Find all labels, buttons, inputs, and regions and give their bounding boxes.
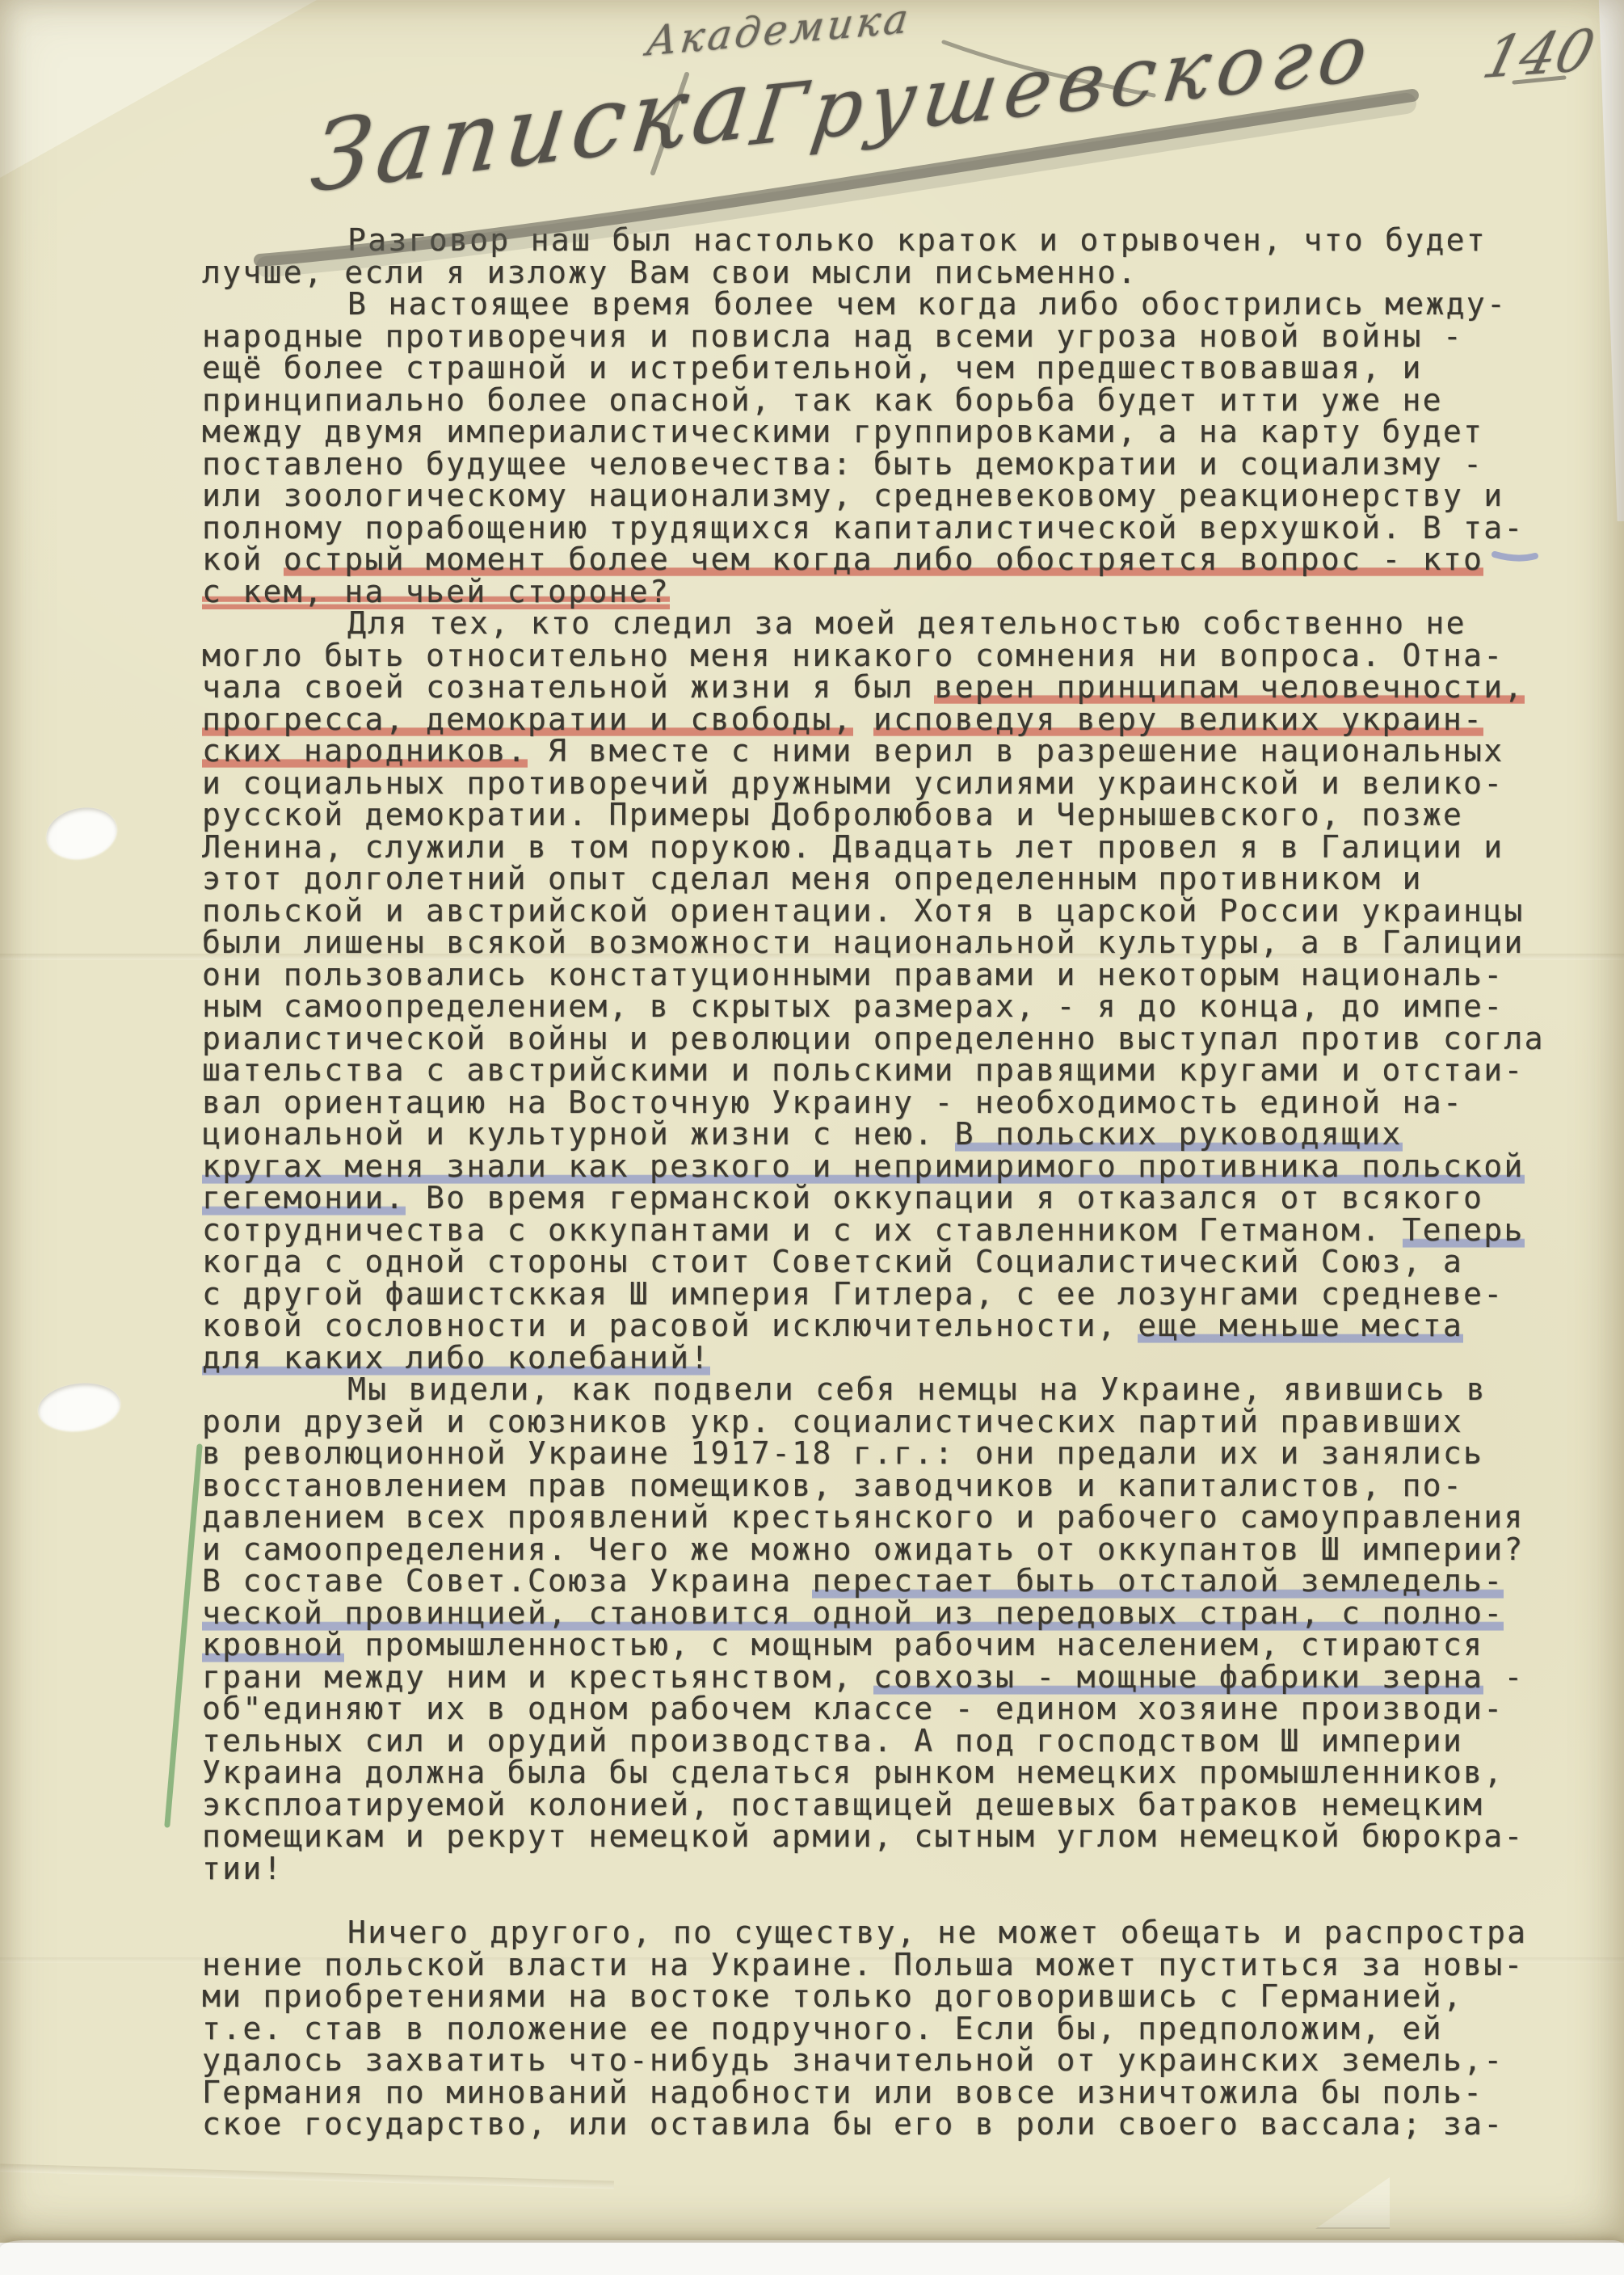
document-line: об"единяют их в одном рабочем классе - е… <box>202 1693 1624 1725</box>
text-segment: между двумя империалистическими группиро… <box>202 414 1483 449</box>
text-segment: Я вместе с ними верил в разрешение нацио… <box>528 733 1504 769</box>
document-line: или зоологическому национализму, среднев… <box>202 480 1624 512</box>
text-segment: тии! <box>202 1851 284 1886</box>
text-segment <box>853 701 873 737</box>
document-line: Для тех, кто следил за моей деятельность… <box>202 608 1624 640</box>
text-segment: или зоологическому национализму, среднев… <box>202 478 1504 513</box>
text-segment: роли друзей и союзников укр. социалистич… <box>202 1404 1463 1439</box>
text-segment: давлением всех проявлений крестьянского … <box>202 1499 1525 1535</box>
document-line: были лишены всякой возможности националь… <box>202 927 1624 959</box>
underlined-phrase-red: прогресса, демократии и свободы, <box>202 701 853 737</box>
text-segment: сотрудничества с оккупантами и с их став… <box>202 1212 1403 1248</box>
document-line: польской и австрийской ориентации. Хотя … <box>202 895 1624 928</box>
document-line: вал ориентацию на Восточную Украину - не… <box>202 1087 1624 1119</box>
underlined-phrase-blue: ческой провинцией, становится одной из п… <box>202 1595 1504 1631</box>
text-segment: были лишены всякой возможности националь… <box>202 925 1525 960</box>
text-segment: - <box>1483 1659 1524 1695</box>
underlined-phrase-blue: совхозы - мощные фабрики зерна <box>873 1659 1483 1695</box>
text-segment: об"единяют их в одном рабочем классе - е… <box>202 1691 1504 1726</box>
text-segment: и социальных противоречий дружными усили… <box>202 765 1504 801</box>
text-segment: восстановлением прав помещиков, заводчик… <box>202 1468 1463 1503</box>
document-line: сотрудничества с оккупантами и с их став… <box>202 1215 1624 1247</box>
document-line: этот долголетний опыт сделал меня опреде… <box>202 863 1624 895</box>
underlined-phrase-blue: для каких либо колебаний! <box>202 1340 710 1376</box>
text-segment: Ничего другого, по существу, не может об… <box>347 1915 1527 1950</box>
underlined-phrase-red: ских народников. <box>202 733 528 769</box>
document-page: Записка Академика Грушевского 140 Разгов… <box>0 0 1624 2243</box>
document-line: Германия по минований надобности или вов… <box>202 2077 1624 2109</box>
document-line: В настоящее время более чем когда либо о… <box>202 289 1624 321</box>
underlined-phrase-blue: кругах меня знали как резкого и непримир… <box>202 1148 1525 1184</box>
text-segment: народные противоречия и повисла над всем… <box>202 318 1463 354</box>
document-line: ское государство, или оставила бы его в … <box>202 2109 1624 2141</box>
underlined-phrase-blue: кровной <box>202 1627 344 1662</box>
document-line: они пользовались констатуционными правам… <box>202 959 1624 992</box>
underlined-phrase-red: верен принципам человечности, <box>934 669 1524 705</box>
underlined-phrase-blue: Теперь <box>1403 1212 1525 1248</box>
document-line: В составе Совет.Союза Украина перестает … <box>202 1565 1624 1598</box>
document-line: Ничего другого, по существу, не может об… <box>202 1917 1624 1949</box>
document-line: ным самоопределением, в скрытых размерах… <box>202 991 1624 1023</box>
text-segment: т.е. став в положение ее подручного. Есл… <box>202 2011 1443 2046</box>
document-line: ми приобретениями на востоке только дого… <box>202 1981 1624 2013</box>
document-line: для каких либо колебаний! <box>202 1342 1624 1375</box>
text-segment: В настоящее время более чем когда либо о… <box>347 286 1507 322</box>
text-segment: принципиально более опасной, так как бор… <box>202 382 1443 418</box>
text-segment: польской и австрийской ориентации. Хотя … <box>202 893 1525 929</box>
document-line: ских народников. Я вместе с ними верил в… <box>202 735 1624 768</box>
text-segment: с другой фашистсккая Ш империя Гитлера, … <box>202 1276 1504 1312</box>
text-segment: этот долголетний опыт сделал меня опреде… <box>202 861 1423 896</box>
text-segment: Разговор наш был настолько краток и отры… <box>347 222 1487 258</box>
handwritten-title-word1: Записка <box>305 46 762 214</box>
text-segment: тельных сил и орудий производства. А под… <box>202 1723 1463 1759</box>
text-segment: ещё более страшной и истребительной, чем… <box>202 350 1423 385</box>
document-line: поставлено будущее человечества: быть де… <box>202 449 1624 481</box>
document-line: в революционной Украине 1917-18 г.г.: он… <box>202 1438 1624 1470</box>
document-line: кой острый момент более чем когда либо о… <box>202 544 1624 576</box>
typewritten-text: Разговор наш был настолько краток и отры… <box>0 225 1624 2141</box>
underlined-phrase-red: исповедуя веру великих украин- <box>873 701 1483 737</box>
document-line: принципиально более опасной, так как бор… <box>202 385 1624 417</box>
document-line: кровной промышленностью, с мощным рабочи… <box>202 1629 1624 1662</box>
document-line: Ленина, служили в том порукою. Двадцать … <box>202 832 1624 864</box>
text-segment: Мы видели, как подвели себя немцы на Укр… <box>347 1371 1487 1407</box>
document-line: помещикам и рекрут немецкой армии, сытны… <box>202 1821 1624 1853</box>
document-line: удалось захватить что-нибудь значительно… <box>202 2045 1624 2077</box>
text-segment: поставлено будущее человечества: быть де… <box>202 446 1483 482</box>
text-segment: удалось захватить что-нибудь значительно… <box>202 2042 1504 2078</box>
document-line: ковой сословности и расовой исключительн… <box>202 1310 1624 1342</box>
document-line: прогресса, демократии и свободы, исповед… <box>202 704 1624 736</box>
text-segment: они пользовались констатуционными правам… <box>202 957 1504 992</box>
paper-crease <box>0 2163 614 2189</box>
page-number: 140 <box>1477 17 1601 92</box>
text-segment: Украина должна была бы сделаться рынком … <box>202 1755 1504 1790</box>
document-line: риалистической войны и революции определ… <box>202 1023 1624 1055</box>
text-segment: когда с одной стороны стоит Советский Со… <box>202 1244 1463 1279</box>
text-segment: вал ориентацию на Восточную Украину - не… <box>202 1085 1463 1120</box>
text-segment: ковой сословности и расовой исключительн… <box>202 1308 1138 1343</box>
underlined-phrase-red: острый момент более чем когда либо обост… <box>284 541 1484 577</box>
document-line: эксплоатируемой колонией, поставщицей де… <box>202 1789 1624 1822</box>
document-line: русской демократии. Примеры Добролюбова … <box>202 799 1624 832</box>
bottom-right-dogear <box>1315 2177 1390 2229</box>
document-line: Разговор наш был настолько краток и отры… <box>202 225 1624 257</box>
text-segment: полному порабощению трудящихся капиталис… <box>202 510 1525 546</box>
document-line: между двумя империалистическими группиро… <box>202 416 1624 449</box>
document-line: лучше, если я изложу Вам свои мысли пись… <box>202 257 1624 289</box>
document-line: народные противоречия и повисла над всем… <box>202 321 1624 353</box>
text-segment: Для тех, кто следил за моей деятельность… <box>347 605 1466 641</box>
document-line: гегемонии. Во время германской оккупации… <box>202 1182 1624 1215</box>
underlined-phrase-blue: В польских руководящих <box>955 1116 1403 1152</box>
text-segment: кой <box>202 541 284 577</box>
document-line: восстановлением прав помещиков, заводчик… <box>202 1470 1624 1502</box>
text-segment: Во время германской оккупации я отказалс… <box>406 1180 1483 1215</box>
document-line: тии! <box>202 1853 1624 1885</box>
text-segment: ское государство, или оставила бы его в … <box>202 2106 1504 2142</box>
document-line: и социальных противоречий дружными усили… <box>202 768 1624 800</box>
document-line: чала своей сознательной жизни я был вере… <box>202 672 1624 704</box>
document-line: когда с одной стороны стоит Советский Со… <box>202 1246 1624 1279</box>
text-segment: русской демократии. Примеры Добролюбова … <box>202 797 1463 832</box>
scan-edge-bottom <box>0 2240 1624 2275</box>
document-line: грани между ним и крестьянством, совхозы… <box>202 1662 1624 1694</box>
text-segment: в революционной Украине 1917-18 г.г.: он… <box>202 1435 1483 1471</box>
underlined-phrase-blue: еще меньше места <box>1138 1308 1463 1343</box>
text-segment: промышленностью, с мощным рабочим населе… <box>344 1627 1483 1662</box>
document-line: с другой фашистсккая Ш империя Гитлера, … <box>202 1279 1624 1311</box>
text-segment: эксплоатируемой колонией, поставщицей де… <box>202 1787 1483 1822</box>
document-line: шательства с австрийскими и польскими пр… <box>202 1055 1624 1087</box>
text-segment: чала своей сознательной жизни я был <box>202 669 934 705</box>
text-segment: циональной и культурной жизни с нею. <box>202 1116 955 1152</box>
document-line: и самоопределения. Чего же можно ожидать… <box>202 1534 1624 1566</box>
handwritten-title-inserted: Академика <box>644 0 914 65</box>
document-line: циональной и культурной жизни с нею. В п… <box>202 1119 1624 1151</box>
document-line: с кем, на чьей стороне? <box>202 576 1624 609</box>
text-segment: нение польской власти на Украине. Польша… <box>202 1947 1525 1982</box>
text-segment: помещикам и рекрут немецкой армии, сытны… <box>202 1818 1525 1854</box>
text-segment: ми приобретениями на востоке только дого… <box>202 1978 1463 2014</box>
document-line: давлением всех проявлений крестьянского … <box>202 1502 1624 1534</box>
text-segment: ным самоопределением, в скрытых размерах… <box>202 988 1504 1024</box>
underlined-phrase-blue: перестает быть отсталой земледель- <box>812 1563 1504 1599</box>
document-line: ческой провинцией, становится одной из п… <box>202 1598 1624 1630</box>
text-segment: В составе Совет.Союза Украина <box>202 1563 812 1599</box>
document-line: ещё более страшной и истребительной, чем… <box>202 352 1624 385</box>
top-left-fold <box>0 0 317 178</box>
document-line: Мы видели, как подвели себя немцы на Укр… <box>202 1374 1624 1406</box>
text-segment: шательства с австрийскими и польскими пр… <box>202 1052 1525 1088</box>
text-segment: Ленина, служили в том порукою. Двадцать … <box>202 829 1504 865</box>
underlined-phrase-blue: гегемонии. <box>202 1180 406 1215</box>
text-segment: грани между ним и крестьянством, <box>202 1659 873 1695</box>
document-line: могло быть относительно меня никакого со… <box>202 640 1624 672</box>
text-segment: риалистической войны и революции определ… <box>202 1021 1545 1056</box>
document-line: Украина должна была бы сделаться рынком … <box>202 1757 1624 1789</box>
underlined-phrase-red: с кем, на чьей стороне? <box>202 574 670 609</box>
document-line: тельных сил и орудий производства. А под… <box>202 1725 1624 1758</box>
document-line: нение польской власти на Украине. Польша… <box>202 1949 1624 1982</box>
document-line: т.е. став в положение ее подручного. Есл… <box>202 2013 1624 2045</box>
text-segment: могло быть относительно меня никакого со… <box>202 638 1504 673</box>
document-line: полному порабощению трудящихся капиталис… <box>202 512 1624 545</box>
text-segment: лучше, если я изложу Вам свои мысли пись… <box>202 255 1138 290</box>
text-segment: и самоопределения. Чего же можно ожидать… <box>202 1531 1525 1567</box>
text-segment: Германия по минований надобности или вов… <box>202 2075 1483 2110</box>
document-line: роли друзей и союзников укр. социалистич… <box>202 1406 1624 1439</box>
document-line: кругах меня знали как резкого и непримир… <box>202 1151 1624 1183</box>
